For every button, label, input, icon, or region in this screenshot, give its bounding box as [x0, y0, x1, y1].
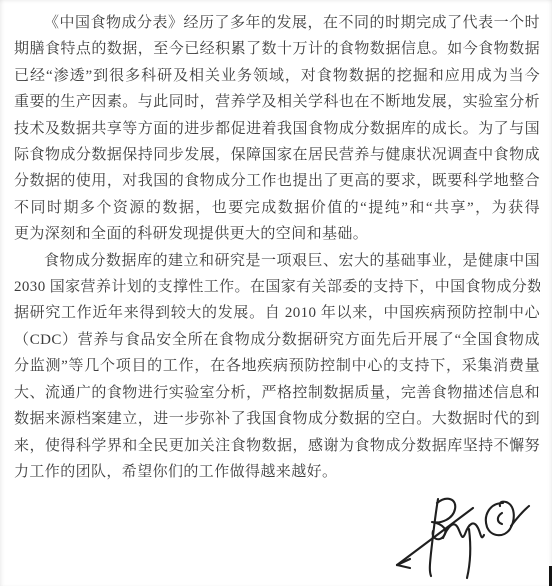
- text-line: 2030 国家营养计划的支撑性工作。在国家有关部委的支持下，中国食物成分数: [14, 274, 540, 300]
- text-line: （CDC）营养与食品安全所在食物成分数据研究方面先后开展了“全国食物成: [14, 327, 540, 353]
- text-line: 已经“渗透”到很多科研及相关业务领域，对食物数据的挖掘和应用成为当今: [14, 63, 540, 89]
- text-line: 力工作的团队，希望你们的工作做得越来越好。: [14, 459, 540, 485]
- document-page: 《中国食物成分表》经历了多年的发展，在不同的时期完成了代表一个时期膳食特点的数据…: [0, 0, 552, 586]
- text-line: 来，使得科学界和全民更加关注食物数据，感谢为食物成分数据库坚持不懈努: [14, 433, 540, 459]
- text-line: 期膳食特点的数据，至今已经积累了数十万计的食物数据信息。如今食物数据: [14, 36, 540, 62]
- text-line: 《中国食物成分表》经历了多年的发展，在不同的时期完成了代表一个时: [14, 10, 540, 36]
- text-line: 分监测”等几个项目的工作，在各地疾病预防控制中心的支持下，采集消费量: [14, 353, 540, 379]
- text-line: 不同时期多个资源的数据，也要完成数据价值的“提纯”和“共享”，为获得: [14, 195, 540, 221]
- text-line: 更为深刻和全面的科研发现提供更大的空间和基础。: [14, 221, 540, 247]
- text-line: 重要的生产因素。与此同时，营养学及相关学科也在不断地发展，实验室分析: [14, 89, 540, 115]
- text-line: 大、流通广的食物进行实验室分析，严格控制数据质量，完善食物描述信息和: [14, 380, 540, 406]
- text-line: 际食物成分数据保持同步发展，保障国家在居民营养与健康状况调查中食物成: [14, 142, 540, 168]
- text-line: 数据来源档案建立，进一步弥补了我国食物成分数据的空白。大数据时代的到: [14, 406, 540, 432]
- document-body: 《中国食物成分表》经历了多年的发展，在不同的时期完成了代表一个时期膳食特点的数据…: [14, 10, 540, 485]
- text-line: 分数据的使用，对我国的食物成分工作也提出了更高的要求，既要科学地整合: [14, 168, 540, 194]
- text-line: 技术及数据共享等方面的进步都促进着我国食物成分数据库的成长。为了与国: [14, 116, 540, 142]
- text-line: 据研究工作近年来得到较大的发展。自 2010 年以来，中国疾病预防控制中心: [14, 300, 540, 326]
- signature-drawing: [383, 491, 531, 581]
- handwritten-signature: [383, 491, 531, 581]
- text-line: 食物成分数据库的建立和研究是一项艰巨、宏大的基础事业，是健康中国: [14, 248, 540, 274]
